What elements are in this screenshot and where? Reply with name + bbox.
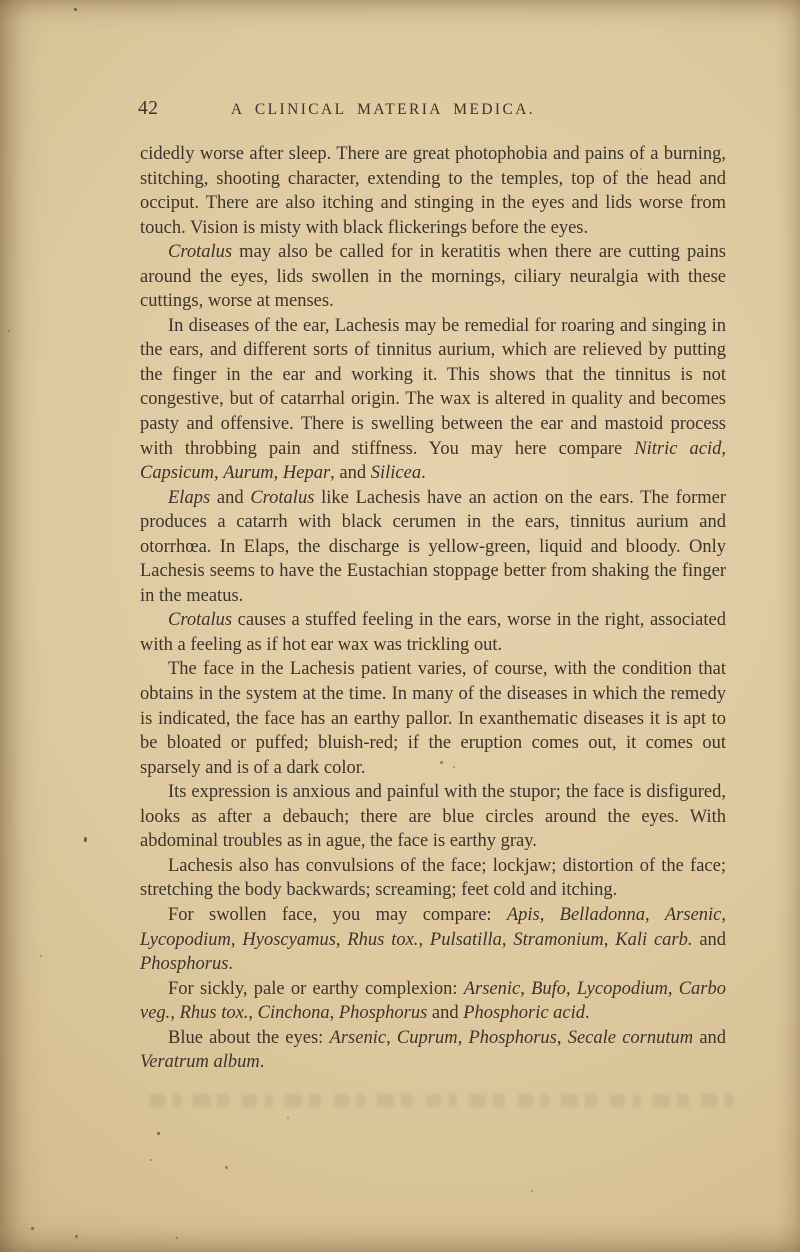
paper-speck [531,1190,533,1192]
text-run: . [228,954,233,974]
text-run: , [557,1028,568,1048]
paragraph-1: cidedly worse after sleep. There are gre… [140,142,726,240]
text-run: and [693,1028,726,1048]
paragraph-6: The face in the Lachesis patient varies,… [140,657,726,780]
page-number: 42 [138,98,159,120]
text-run: , [231,930,242,950]
remedy-name: Kali carb. [615,930,692,950]
paper-speck [8,330,10,332]
remedy-name: Arsenic [330,1028,387,1048]
text-run: , [248,1003,257,1023]
bleed-through-ghost [150,1094,734,1107]
text-run: , [604,930,615,950]
paper-speck [74,8,77,11]
text-run: and [210,488,250,508]
text-run: For sickly, pale or earthy complexion: [168,979,464,999]
remedy-name: Bufo [531,979,566,999]
paper-speck [176,1237,178,1239]
remedy-name: Phosphorus [140,954,228,974]
paragraph-10: For sickly, pale or earthy complexion: A… [140,977,726,1026]
running-title: A CLINICAL MATERIA MEDICA. [231,101,535,119]
remedy-name: Apis [507,905,540,925]
remedy-name: Lycopodium [577,979,668,999]
text-run: , [721,905,726,925]
text-run: . [585,1003,590,1023]
paper-speck [84,837,87,842]
text-run: . [260,1052,265,1072]
remedy-name: Crotalus [168,610,232,630]
text-run: cidedly worse after sleep. There are gre… [140,144,726,238]
paragraph-2: Crotalus may also be called for in kerat… [140,240,726,314]
remedy-name: Hyoscyamus [242,930,336,950]
paper-speck [31,1227,34,1230]
text-run: , [566,979,577,999]
text-run: Lachesis also has convulsions of the fac… [140,856,726,901]
remedy-name: Secale cornutum [568,1028,693,1048]
remedy-name: Lycopodium [140,930,231,950]
remedy-name: Pulsatilla [430,930,502,950]
paper-speck [225,1166,228,1169]
remedy-name: Phosphorus [468,1028,556,1048]
text-run: , [386,1028,397,1048]
text-run: , [458,1028,469,1048]
remedy-name: Rhus tox. [180,1003,249,1023]
text-run: , [214,463,223,483]
paper-speck [287,1117,289,1119]
remedy-name: Cuprum [397,1028,458,1048]
text-run: In diseases of the ear, Lachesis may be … [140,316,726,459]
paragraph-4: Elaps and Crotalus like Lachesis have an… [140,486,726,609]
text-run: , [330,1003,339,1023]
paragraph-8: Lachesis also has convulsions of the fac… [140,854,726,903]
text-run: and [693,930,727,950]
paper-speck [75,1235,78,1238]
remedy-name: Capsicum [140,463,214,483]
remedy-name: Nitric acid [634,439,721,459]
paragraph-5: Crotalus causes a stuffed feeling in the… [140,608,726,657]
remedy-name: Crotalus [250,488,314,508]
remedy-name: Cinchona [258,1003,330,1023]
remedy-name: Crotalus [168,242,232,262]
page-body: cidedly worse after sleep. There are gre… [140,142,726,1075]
text-run: and [427,1003,463,1023]
remedy-name: Silicea [371,463,421,483]
remedy-name: Aurum [223,463,273,483]
text-run: , [274,463,283,483]
text-run: Blue about the eyes: [168,1028,330,1048]
text-run: For swollen face, you may compare: [168,905,507,925]
text-run: , and [330,463,371,483]
text-run: , [645,905,665,925]
remedy-name: Arsenic [665,905,722,925]
text-run: . [421,463,426,483]
remedy-name: Arsenic [464,979,521,999]
remedy-name: Stramonium [513,930,603,950]
paragraph-9: For swollen face, you may compare: Apis,… [140,903,726,977]
remedy-name: Belladonna [560,905,645,925]
text-run: , [721,439,726,459]
remedy-name: Hepar [283,463,330,483]
text-run: , [520,979,531,999]
text-run: Its expression is anxious and painful wi… [140,782,726,851]
paragraph-7: Its expression is anxious and painful wi… [140,780,726,854]
text-run: , [668,979,679,999]
remedy-name: Rhus tox. [347,930,418,950]
paper-speck [150,1159,152,1161]
remedy-name: Phosphorus [339,1003,427,1023]
text-run: , [170,1003,179,1023]
text-run: , [418,930,429,950]
text-run: , [336,930,347,950]
paper-speck [157,1132,160,1135]
remedy-name: Veratrum album [140,1052,260,1072]
paper-speck [40,955,42,957]
text-run: , [502,930,513,950]
paragraph-3: In diseases of the ear, Lachesis may be … [140,314,726,486]
remedy-name: Phosphoric acid [463,1003,585,1023]
book-page: 42 A CLINICAL MATERIA MEDICA. cidedly wo… [0,0,800,1252]
paragraph-11: Blue about the eyes: Arsenic, Cuprum, Ph… [140,1026,726,1075]
text-run: , [540,905,560,925]
remedy-name: Elaps [168,488,210,508]
text-run: The face in the Lachesis patient varies,… [140,659,726,777]
